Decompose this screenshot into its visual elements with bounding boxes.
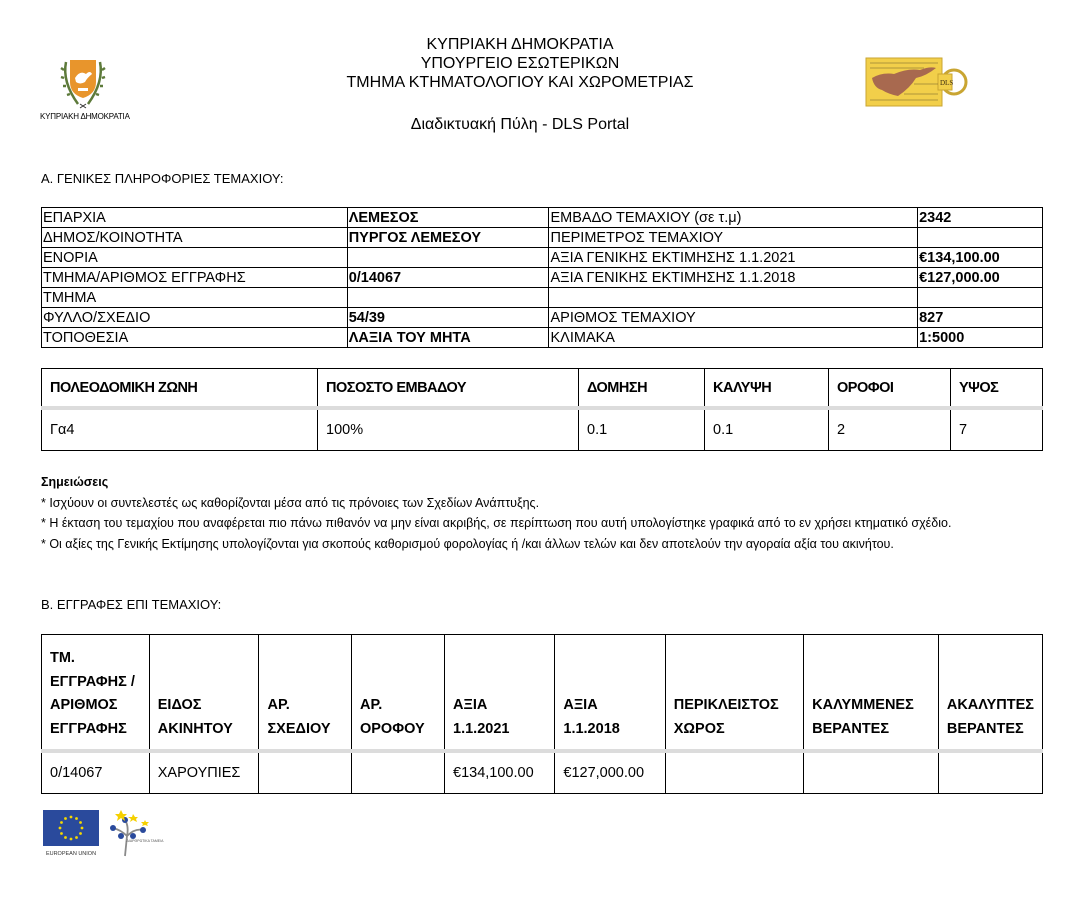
- planning-cell: Γα4: [42, 408, 318, 451]
- svg-text:EUROPEAN UNION: EUROPEAN UNION: [46, 851, 96, 857]
- table-row: ΔΗΜΟΣ/ΚΟΙΝΟΤΗΤΑΠΥΡΓΟΣ ΛΕΜΕΣΟΥΠΕΡΙΜΕΤΡΟΣ …: [42, 228, 1043, 248]
- info-value: 54/39: [347, 308, 549, 328]
- planning-cell: 0.1: [579, 408, 705, 451]
- info-value: €134,100.00: [918, 248, 1043, 268]
- info-value: ΛΕΜΕΣΟΣ: [347, 208, 549, 228]
- planning-header: ΟΡΟΦΟΙ: [829, 369, 951, 409]
- table-row: Γα4 100% 0.1 0.1 2 7: [42, 408, 1043, 451]
- registrations-header: ΤΜ. ΕΓΓΡΑΦΗΣ / ΑΡΙΘΜΟΣ ΕΓΓΡΑΦΗΣ: [42, 635, 150, 752]
- dls-logo: DLS: [864, 54, 974, 110]
- info-label: ΑΞΙΑ ΓΕΝΙΚΗΣ ΕΚΤΙΜΗΣΗΣ 1.1.2021: [549, 248, 918, 268]
- info-label: ΕΝΟΡΙΑ: [42, 248, 348, 268]
- section-b-title: Β. ΕΓΓΡΑΦΕΣ ΕΠΙ ΤΕΜΑΧΙΟΥ:: [41, 597, 221, 612]
- info-value: ΠΥΡΓΟΣ ΛΕΜΕΣΟΥ: [347, 228, 549, 248]
- header-title-line: ΤΜΗΜΑ ΚΤΗΜΑΤΟΛΟΓΙΟΥ ΚΑΙ ΧΩΡΟΜΕΤΡΙΑΣ: [270, 73, 770, 92]
- planning-cell: 7: [951, 408, 1043, 451]
- svg-text:ΔΙΑΡΘΡΩΤΙΚΑ ΤΑΜΕΙΑ: ΔΙΑΡΘΡΩΤΙΚΑ ΤΑΜΕΙΑ: [127, 839, 165, 843]
- header-title-block: ΚΥΠΡΙΑΚΗ ΔΗΜΟΚΡΑΤΙΑ ΥΠΟΥΡΓΕΙΟ ΕΣΩΤΕΡΙΚΩΝ…: [270, 35, 770, 92]
- planning-cell: 0.1: [705, 408, 829, 451]
- info-label: ΕΜΒΑΔΟ ΤΕΜΑΧΙΟΥ (σε τ.μ): [549, 208, 918, 228]
- table-row: ΕΠΑΡΧΙΑΛΕΜΕΣΟΣΕΜΒΑΔΟ ΤΕΜΑΧΙΟΥ (σε τ.μ)23…: [42, 208, 1043, 228]
- coat-of-arms-icon: [56, 52, 110, 112]
- info-value: 0/14067: [347, 268, 549, 288]
- cyprus-coat-of-arms-logo: ΚΥΠΡΙΑΚΗ ΔΗΜΟΚΡΑΤΙΑ: [40, 52, 126, 122]
- planning-header: ΠΟΣΟΣΤΟ ΕΜΒΑΔΟΥ: [318, 369, 579, 409]
- general-info-table: ΕΠΑΡΧΙΑΛΕΜΕΣΟΣΕΜΒΑΔΟ ΤΕΜΑΧΙΟΥ (σε τ.μ)23…: [41, 207, 1043, 348]
- table-row: ΦΥΛΛΟ/ΣΧΕΔΙΟ54/39ΑΡΙΘΜΟΣ ΤΕΜΑΧΙΟΥ827: [42, 308, 1043, 328]
- info-label: ΠΕΡΙΜΕΤΡΟΣ ΤΕΜΑΧΙΟΥ: [549, 228, 918, 248]
- info-label: ΚΛΙΜΑΚΑ: [549, 328, 918, 348]
- planning-header: ΠΟΛΕΟΔΟΜΙΚΗ ΖΩΝΗ: [42, 369, 318, 409]
- table-row: ΕΝΟΡΙΑΑΞΙΑ ΓΕΝΙΚΗΣ ΕΚΤΙΜΗΣΗΣ 1.1.2021€13…: [42, 248, 1043, 268]
- header-title-line: ΚΥΠΡΙΑΚΗ ΔΗΜΟΚΡΑΤΙΑ: [270, 35, 770, 54]
- section-a-title: Α. ΓΕΝΙΚΕΣ ΠΛΗΡΟΦΟΡΙΕΣ ΤΕΜΑΧΙΟΥ:: [41, 171, 283, 186]
- registrations-header: ΑΞΙΑ 1.1.2021: [445, 635, 555, 752]
- info-value: 1:5000: [918, 328, 1043, 348]
- registrations-header: ΑΡ. ΟΡΟΦΟΥ: [351, 635, 444, 752]
- eu-logo: EUROPEAN UNION: [41, 808, 101, 858]
- note-item: * Η έκταση του τεμαχίου που αναφέρεται π…: [41, 513, 1046, 534]
- portal-title: Διαδικτυακή Πύλη - DLS Portal: [270, 116, 770, 134]
- registrations-header: ΠΕΡΙΚΛΕΙΣΤΟΣ ΧΩΡΟΣ: [665, 635, 803, 752]
- header-title-line: ΥΠΟΥΡΓΕΙΟ ΕΣΩΤΕΡΙΚΩΝ: [270, 54, 770, 73]
- info-label: ΑΞΙΑ ΓΕΝΙΚΗΣ ΕΚΤΙΜΗΣΗΣ 1.1.2018: [549, 268, 918, 288]
- svg-text:DLS: DLS: [940, 79, 953, 87]
- registrations-header: ΑΚΑΛΥΠΤΕΣ ΒΕΡΑΝΤΕΣ: [938, 635, 1042, 752]
- dls-tag-icon: DLS: [864, 54, 974, 110]
- registrations-cell: €127,000.00: [555, 751, 665, 794]
- tree-stars-icon: ΔΙΑΡΘΡΩΤΙΚΑ ΤΑΜΕΙΑ: [103, 806, 165, 860]
- info-label: ΑΡΙΘΜΟΣ ΤΕΜΑΧΙΟΥ: [549, 308, 918, 328]
- registrations-cell: 0/14067: [42, 751, 150, 794]
- planning-header: ΔΟΜΗΣΗ: [579, 369, 705, 409]
- registrations-cell: [351, 751, 444, 794]
- planning-header: ΚΑΛΥΨΗ: [705, 369, 829, 409]
- coat-caption: ΚΥΠΡΙΑΚΗ ΔΗΜΟΚΡΑΤΙΑ: [40, 112, 126, 121]
- registrations-cell: [804, 751, 939, 794]
- info-value: 827: [918, 308, 1043, 328]
- planning-cell: 2: [829, 408, 951, 451]
- info-label: [549, 288, 918, 308]
- planning-zone-table: ΠΟΛΕΟΔΟΜΙΚΗ ΖΩΝΗ ΠΟΣΟΣΤΟ ΕΜΒΑΔΟΥ ΔΟΜΗΣΗ …: [41, 368, 1043, 451]
- registrations-cell: [665, 751, 803, 794]
- info-value: 2342: [918, 208, 1043, 228]
- notes-heading: Σημειώσεις: [41, 472, 1046, 493]
- structural-funds-logo: ΔΙΑΡΘΡΩΤΙΚΑ ΤΑΜΕΙΑ: [103, 806, 165, 860]
- info-label: ΦΥΛΛΟ/ΣΧΕΔΙΟ: [42, 308, 348, 328]
- info-value: [918, 228, 1043, 248]
- info-label: ΤΟΠΟΘΕΣΙΑ: [42, 328, 348, 348]
- table-row: 0/14067ΧΑΡΟΥΠΙΕΣ€134,100.00€127,000.00: [42, 751, 1043, 794]
- registrations-cell: [938, 751, 1042, 794]
- registrations-cell: €134,100.00: [445, 751, 555, 794]
- table-row: ΤΜΗΜΑ: [42, 288, 1043, 308]
- registrations-header: ΚΑΛΥΜΜΕΝΕΣ ΒΕΡΑΝΤΕΣ: [804, 635, 939, 752]
- info-value: €127,000.00: [918, 268, 1043, 288]
- planning-cell: 100%: [318, 408, 579, 451]
- note-item: * Ισχύουν οι συντελεστές ως καθορίζονται…: [41, 493, 1046, 514]
- info-label: ΔΗΜΟΣ/ΚΟΙΝΟΤΗΤΑ: [42, 228, 348, 248]
- info-label: ΕΠΑΡΧΙΑ: [42, 208, 348, 228]
- notes-block: Σημειώσεις * Ισχύουν οι συντελεστές ως κ…: [41, 472, 1046, 554]
- registrations-header: ΑΡ. ΣΧΕΔΙΟΥ: [259, 635, 351, 752]
- planning-header: ΥΨΟΣ: [951, 369, 1043, 409]
- info-value: [918, 288, 1043, 308]
- table-row: ΤΟΠΟΘΕΣΙΑΛΑΞΙΑ ΤΟΥ ΜΗΤΑΚΛΙΜΑΚΑ1:5000: [42, 328, 1043, 348]
- registrations-header: ΕΙΔΟΣ ΑΚΙΝΗΤΟΥ: [149, 635, 259, 752]
- table-row: ΤΜΗΜΑ/ΑΡΙΘΜΟΣ ΕΓΓΡΑΦΗΣ0/14067ΑΞΙΑ ΓΕΝΙΚΗ…: [42, 268, 1043, 288]
- registrations-table: ΤΜ. ΕΓΓΡΑΦΗΣ / ΑΡΙΘΜΟΣ ΕΓΓΡΑΦΗΣΕΙΔΟΣ ΑΚΙ…: [41, 634, 1043, 794]
- info-value: [347, 248, 549, 268]
- registrations-cell: ΧΑΡΟΥΠΙΕΣ: [149, 751, 259, 794]
- eu-flag-icon: EUROPEAN UNION: [41, 808, 101, 858]
- info-value: ΛΑΞΙΑ ΤΟΥ ΜΗΤΑ: [347, 328, 549, 348]
- note-item: * Οι αξίες της Γενικής Εκτίμησης υπολογί…: [41, 534, 1046, 555]
- info-value: [347, 288, 549, 308]
- info-label: ΤΜΗΜΑ/ΑΡΙΘΜΟΣ ΕΓΓΡΑΦΗΣ: [42, 268, 348, 288]
- registrations-cell: [259, 751, 351, 794]
- registrations-header: ΑΞΙΑ 1.1.2018: [555, 635, 665, 752]
- info-label: ΤΜΗΜΑ: [42, 288, 348, 308]
